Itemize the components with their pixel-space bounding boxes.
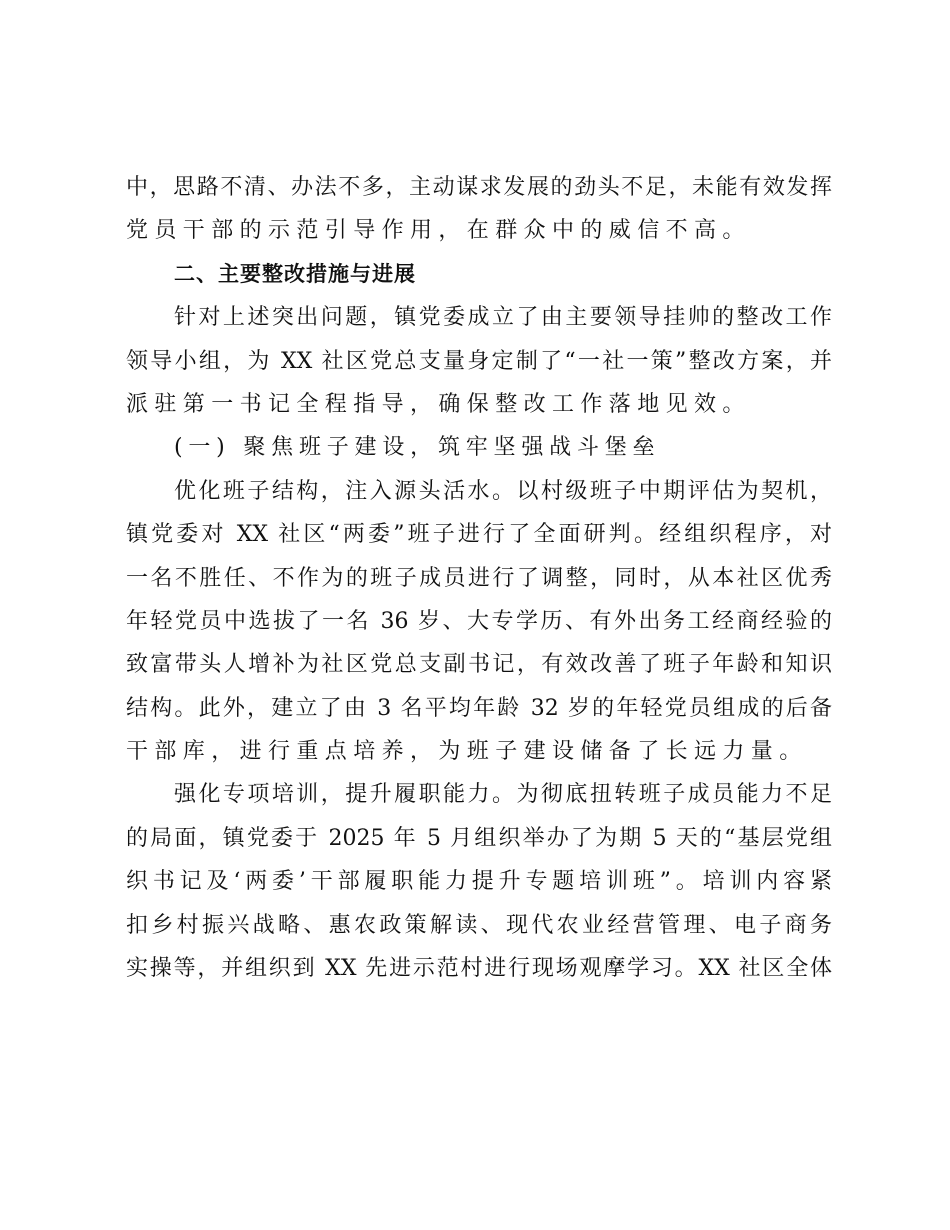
paragraph-line: 的局面，镇党委于 2025 年 5 月组织举办了为期 5 天的“基层党组 <box>126 817 832 860</box>
paragraph-line: 镇党委对 XX 社区“两委”班子进行了全面研判。经组织程序，对 <box>126 513 832 556</box>
paragraph-line: 党员干部的示范引导作用，在群众中的威信不高。 <box>126 209 832 252</box>
paragraph-line: 针对上述突出问题，镇党委成立了由主要领导挂帅的整改工作 <box>126 296 832 339</box>
paragraph-line: 织书记及‘两委’干部履职能力提升专题培训班”。培训内容紧 <box>126 860 832 903</box>
paragraph-line: 致富带头人增补为社区党总支副书记，有效改善了班子年龄和知识 <box>126 643 832 686</box>
document-page: 中，思路不清、办法不多，主动谋求发展的劲头不足，未能有效发挥 党员干部的示范引导… <box>126 166 832 990</box>
paragraph-line: 年轻党员中选拔了一名 36 岁、大专学历、有外出务工经商经验的 <box>126 600 832 643</box>
paragraph-line: 干部库，进行重点培养，为班子建设储备了长远力量。 <box>126 730 832 773</box>
paragraph-line: 中，思路不清、办法不多，主动谋求发展的劲头不足，未能有效发挥 <box>126 166 832 209</box>
paragraph-line: 优化班子结构，注入源头活水。以村级班子中期评估为契机， <box>126 470 832 513</box>
paragraph-line: 一名不胜任、不作为的班子成员进行了调整，同时，从本社区优秀 <box>126 557 832 600</box>
paragraph-line: 强化专项培训，提升履职能力。为彻底扭转班子成员能力不足 <box>126 773 832 816</box>
paragraph-line: 派驻第一书记全程指导，确保整改工作落地见效。 <box>126 383 832 426</box>
paragraph-line: 结构。此外，建立了由 3 名平均年龄 32 岁的年轻党员组成的后备 <box>126 687 832 730</box>
paragraph-line: 实操等，并组织到 XX 先进示范村进行现场观摩学习。XX 社区全体 <box>126 947 832 990</box>
subsection-heading: (一) 聚焦班子建设，筑牢坚强战斗堡垒 <box>126 426 832 469</box>
section-heading: 二、主要整改措施与进展 <box>126 253 832 296</box>
paragraph-line: 扣乡村振兴战略、惠农政策解读、现代农业经营管理、电子商务 <box>126 904 832 947</box>
paragraph-line: 领导小组，为 XX 社区党总支量身定制了“一社一策”整改方案，并 <box>126 340 832 383</box>
